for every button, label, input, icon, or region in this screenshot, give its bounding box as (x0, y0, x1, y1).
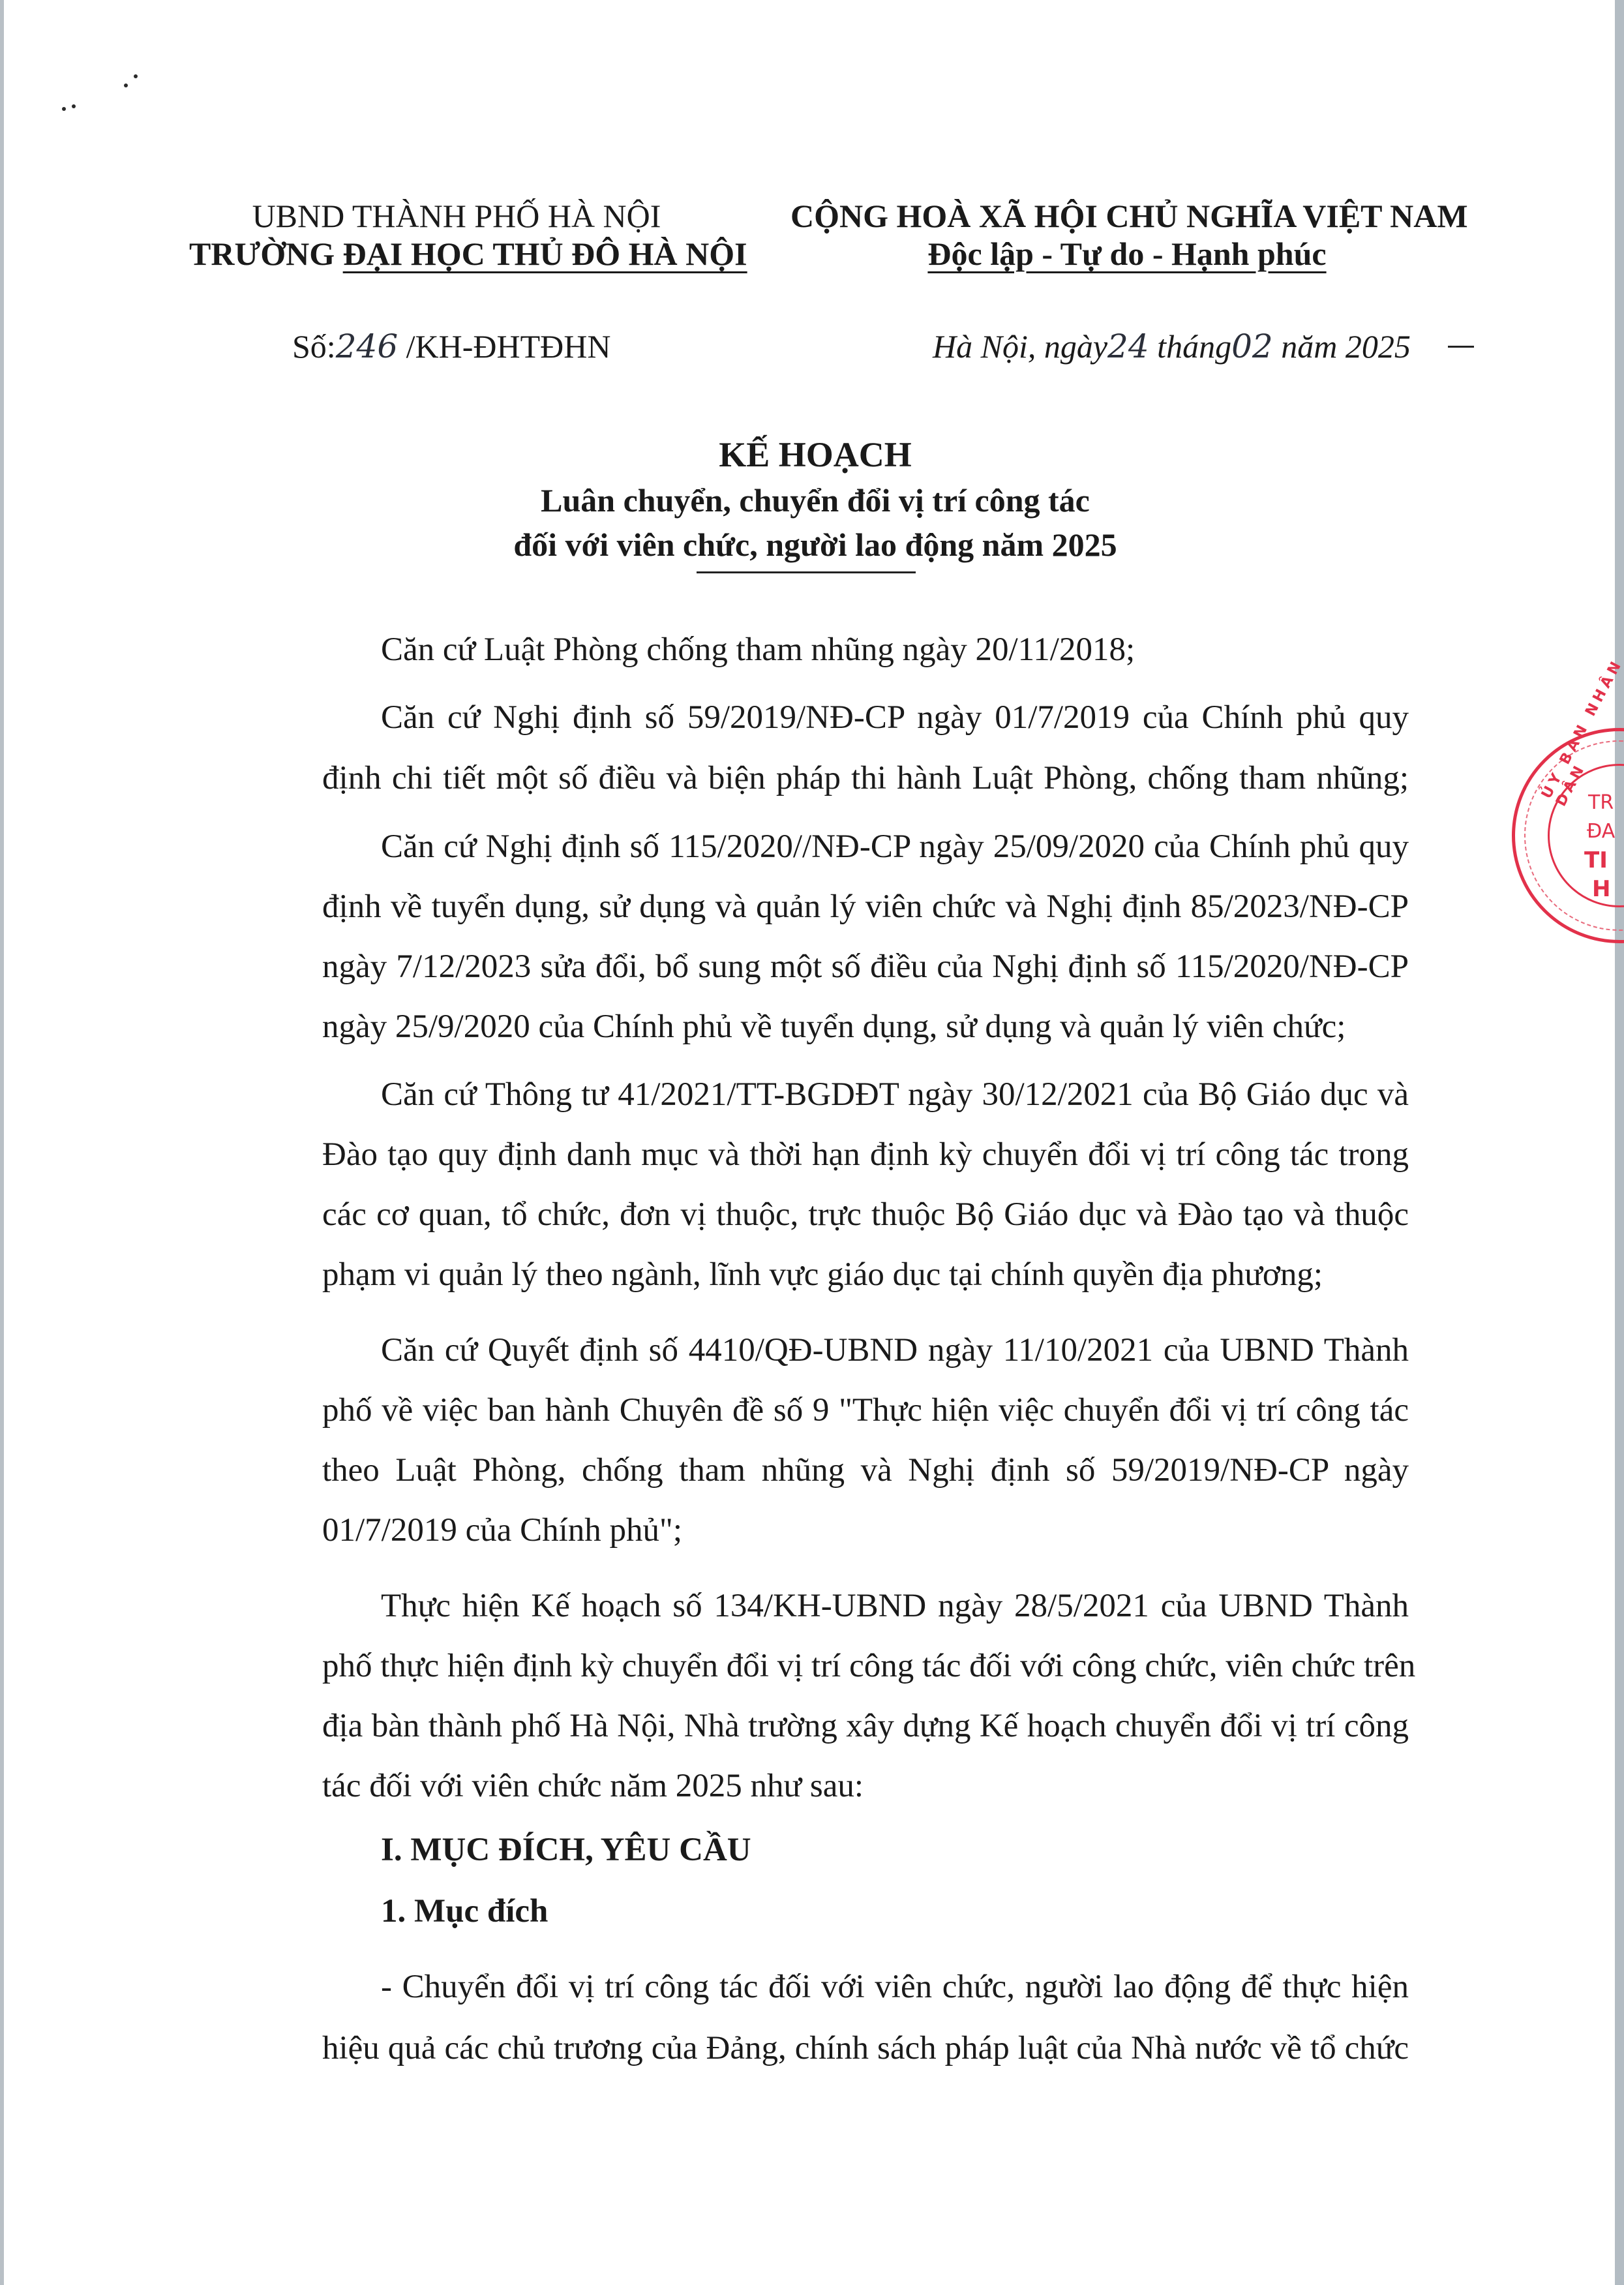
official-seal-stamp: ỦY BAN NHÂN DÂN TR ĐA TI H (1512, 728, 1624, 943)
date-month-label: tháng (1149, 328, 1231, 365)
document-type-title: KẾ HOẠCH (457, 434, 1174, 475)
legal-basis-line: ngày 25/9/2020 của Chính phủ về tuyển dụ… (322, 1007, 1409, 1046)
legal-basis-line: định về tuyển dụng, sử dụng và quản lý v… (322, 887, 1409, 926)
implementation-line: địa bàn thành phố Hà Nội, Nhà trường xây… (322, 1706, 1409, 1746)
legal-basis-line: Căn cứ Nghị định số 59/2019/NĐ-CP ngày 0… (381, 698, 1409, 737)
scan-speck (72, 104, 76, 108)
scan-speck (62, 107, 66, 111)
number-label: Số: (292, 328, 336, 365)
seal-inner-text: H (1592, 876, 1610, 902)
implementation-line: tác đối với viên chức năm 2025 như sau: (322, 1766, 1409, 1806)
issuing-authority: UBND THÀNH PHỐ HÀ NỘI (222, 197, 691, 235)
date-prefix: Hà Nội, ngày (933, 328, 1107, 365)
handwritten-stroke (1448, 346, 1474, 348)
section-heading: I. MỤC ĐÍCH, YÊU CẦU (381, 1830, 1409, 1869)
purpose-line: - Chuyển đổi vị trí công tác đối với viê… (381, 1967, 1409, 2006)
purpose-line: hiệu quả các chủ trương của Đảng, chính … (322, 2029, 1409, 2068)
national-motto: Độc lập - Tự do - Hạnh phúc (899, 235, 1355, 273)
scan-right-edge (1615, 0, 1624, 2285)
document-number: Số:246 /KH-ĐHTĐHN (292, 327, 610, 365)
scan-speck (124, 83, 128, 87)
seal-inner-text: ĐA (1587, 820, 1615, 843)
legal-basis-line: Căn cứ Thông tư 41/2021/TT-BGDĐT ngày 30… (381, 1075, 1409, 1114)
subsection-heading: 1. Mục đích (381, 1892, 1409, 1931)
legal-basis-line: Căn cứ Nghị định số 115/2020//NĐ-CP ngày… (381, 827, 1409, 866)
legal-basis-line: phố về việc ban hành Chuyên đề số 9 "Thự… (322, 1391, 1409, 1430)
date-year: 2025 (1346, 328, 1411, 365)
document-subtitle-line2: đối với viên chức, người lao động năm 20… (457, 526, 1174, 564)
legal-basis-line: phạm vi quản lý theo ngành, lĩnh vực giá… (322, 1255, 1409, 1294)
legal-basis-line: ngày 7/12/2023 sửa đổi, bổ sung một số đ… (322, 947, 1409, 986)
org-prefix: TRƯỜNG (189, 235, 343, 272)
issue-date: Hà Nội, ngày24 tháng02 năm 2025 (933, 327, 1411, 365)
document-subtitle-line1: Luân chuyển, chuyển đổi vị trí công tác (457, 481, 1174, 519)
implementation-line: phố thực hiện định kỳ chuyển đổi vị trí … (322, 1646, 1409, 1686)
org-name: ĐẠI HỌC THỦ ĐÔ HÀ NỘI (343, 235, 747, 272)
handwritten-number: 246 (336, 327, 398, 365)
handwritten-month: 02 (1231, 327, 1273, 365)
issuing-organization: TRƯỜNG ĐẠI HỌC THỦ ĐÔ HÀ NỘI (189, 235, 747, 273)
legal-basis-line: Đào tạo quy định danh mục và thời hạn đị… (322, 1135, 1409, 1174)
scan-speck (134, 74, 138, 78)
legal-basis-line: Căn cứ Quyết định số 4410/QĐ-UBND ngày 1… (381, 1331, 1409, 1370)
seal-inner-text: TI (1584, 847, 1608, 873)
seal-inner-text: TR (1588, 791, 1614, 814)
implementation-line: Thực hiện Kế hoạch số 134/KH-UBND ngày 2… (381, 1586, 1409, 1626)
number-suffix: /KH-ĐHTĐHN (398, 328, 610, 365)
national-title: CỘNG HOÀ XÃ HỘI CHỦ NGHĨA VIỆT NAM (790, 197, 1468, 235)
handwritten-day: 24 (1107, 327, 1149, 365)
legal-basis-line: Căn cứ Luật Phòng chống tham nhũng ngày … (381, 630, 1409, 669)
legal-basis-line: định chi tiết một số điều và biện pháp t… (322, 759, 1409, 798)
legal-basis-line: các cơ quan, tổ chức, đơn vị thuộc, trực… (322, 1195, 1409, 1234)
scan-left-edge (0, 0, 4, 2285)
date-year-label: năm (1273, 328, 1346, 365)
title-underline (697, 571, 916, 573)
legal-basis-line: theo Luật Phòng, chống tham nhũng và Ngh… (322, 1451, 1409, 1490)
legal-basis-line: 01/7/2019 của Chính phủ"; (322, 1511, 1409, 1550)
